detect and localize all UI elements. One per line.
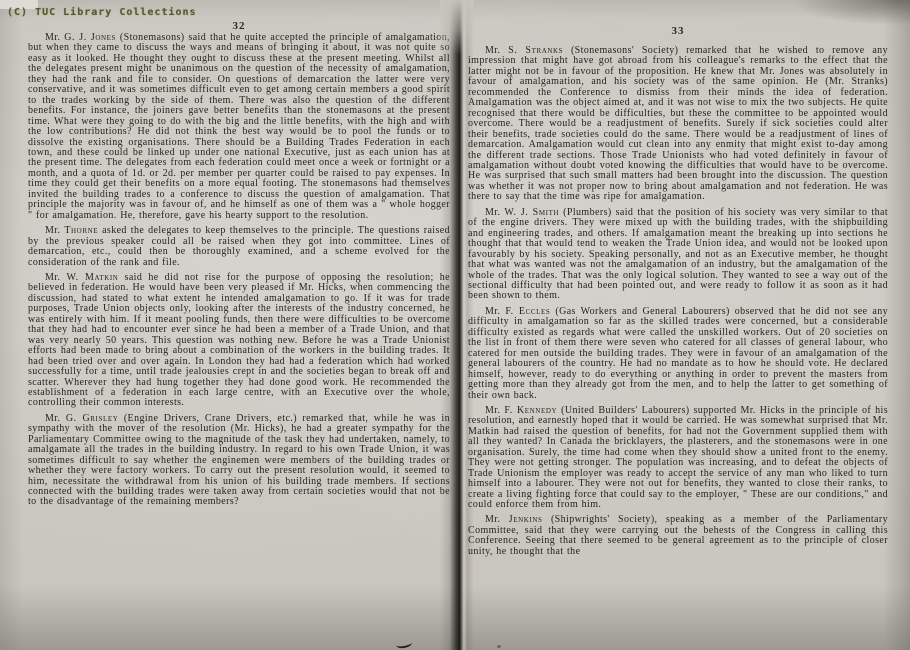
speaker-name: W. J. Smith [504,207,559,218]
speaker-title: Mr. [45,272,66,283]
speaker-name: S. Stranks [508,45,563,56]
paragraph: Mr. Jenkins (Shipwrights' Society), spea… [468,515,888,557]
speaker-name: G. J. Jones [64,32,116,43]
speaker-title: Mr. [485,514,509,525]
page-33: 33 Mr. S. Stranks (Stonemasons' Society)… [468,0,888,650]
paragraph: Mr. G. Grisley (Engine Drivers, Crane Dr… [28,414,450,508]
scanned-book-spread: (C) TUC Library Collections 32 Mr. G. J.… [0,0,910,650]
speaker-name: Thorne [64,225,98,236]
speaker-name: F. Eccles [505,306,550,317]
speaker-title: Mr. [45,413,66,424]
speaker-name: F. Kennedy [504,405,557,416]
page-body: Mr. S. Stranks (Stonemasons' Society) re… [468,46,888,562]
speaker-title: Mr. [485,306,505,317]
page-32: 32 Mr. G. J. Jones (Stonemasons) said th… [28,0,450,650]
page-number: 32 [28,20,450,32]
paragraph: Mr. W. J. Smith (Plumbers) said that the… [468,208,888,302]
page-body: Mr. G. J. Jones (Stonemasons) said that … [28,33,450,513]
paragraph: Mr. F. Kennedy (United Builders' Laboure… [468,406,888,511]
speaker-name: Jenkins [509,514,543,525]
speaker-title: Mr. [45,32,64,43]
speaker-name: G. Grisley [66,413,119,424]
paragraph: Mr. Thorne asked the delegates to keep t… [28,226,450,268]
paragraph: Mr. G. J. Jones (Stonemasons) said that … [28,33,450,221]
paragraph: Mr. F. Eccles (Gas Workers and General L… [468,307,888,401]
speaker-title: Mr. [485,45,508,56]
paragraph: Mr. S. Stranks (Stonemasons' Society) re… [468,46,888,203]
page-number: 33 [468,25,888,37]
speaker-title: Mr. [485,207,504,218]
speaker-title: Mr. [485,405,504,416]
paragraph: Mr. W. Matkin said he did not rise for t… [28,273,450,409]
speaker-title: Mr. [45,225,64,236]
speaker-name: W. Matkin [66,272,118,283]
